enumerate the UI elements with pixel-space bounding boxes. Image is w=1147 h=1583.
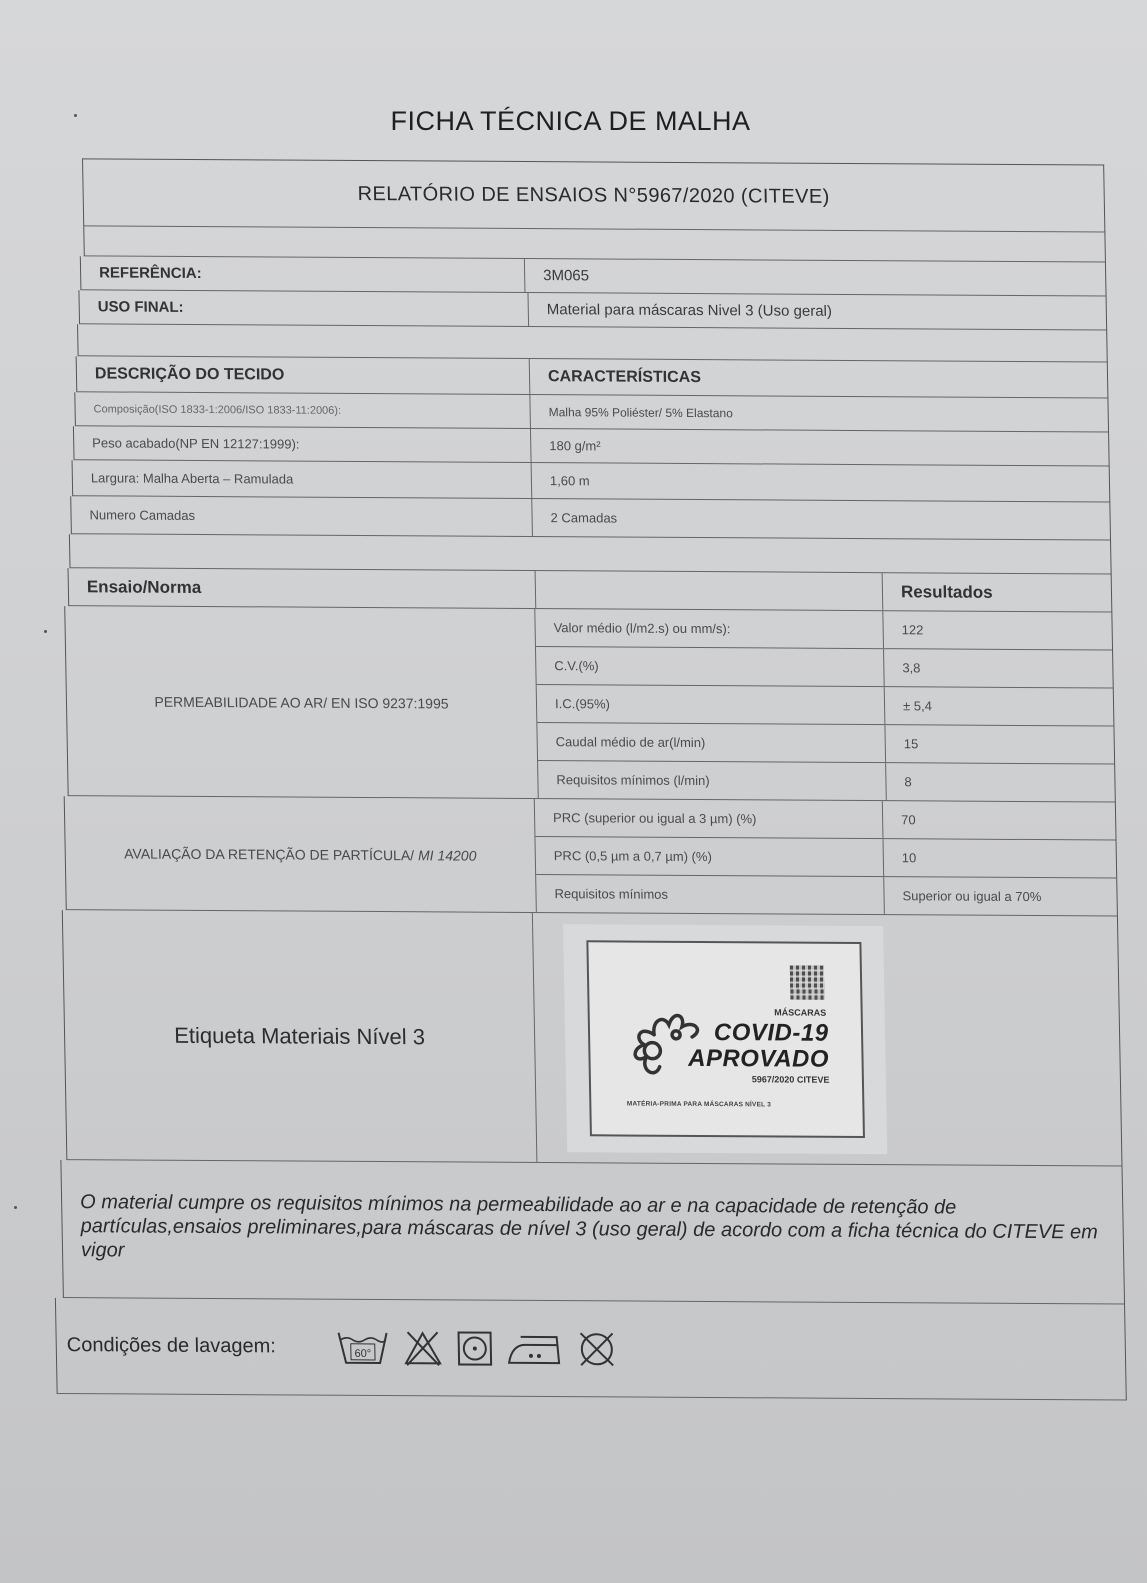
test-row: Requisitos mínimos Superior ou igual a 7…	[536, 875, 1117, 916]
tests-header-row: Ensaio/Norma Resultados	[68, 568, 1113, 612]
test-row: PRC (0,5 µm a 0,7 µm) (%) 10	[535, 837, 1116, 879]
test-parameter: Caudal médio de ar(l/min)	[537, 723, 885, 762]
washing-label: Condições de lavagem:	[67, 1334, 337, 1359]
conclusion-text: O material cumpre os requisitos mínimos …	[80, 1191, 1098, 1261]
particle-retention-name: AVALIAÇÃO DA RETENÇÃO DE PARTÍCULA/	[124, 845, 414, 863]
characteristics-header: CARACTERÍSTICAS	[529, 359, 1108, 398]
permeability-test-name: PERMEABILIDADE AO AR/ EN ISO 9237:1995	[65, 606, 539, 798]
spec-sheet: RELATÓRIO DE ENSAIOS N°5967/2020 (CITEVE…	[30, 158, 1127, 1401]
test-parameter: I.C.(95%)	[537, 685, 885, 724]
badge-report: 5967/2020 CITEVE	[752, 1074, 830, 1084]
test-parameter: Requisitos mínimos	[536, 875, 884, 914]
svg-text:60°: 60°	[354, 1347, 371, 1359]
weight-label: Peso acabado(NP EN 12127:1999):	[74, 426, 531, 462]
test-result: 70	[882, 801, 1116, 839]
test-result: 15	[884, 725, 1114, 763]
composition-value: Malha 95% Poliéster/ 5% Elastano	[529, 395, 1108, 432]
test-parameter: PRC (0,5 µm a 0,7 µm) (%)	[535, 837, 883, 876]
particle-retention-test-name: AVALIAÇÃO DA RETENÇÃO DE PARTÍCULA/ MI 1…	[65, 796, 537, 912]
test-parameter: Requisitos mínimos (l/min)	[538, 761, 886, 800]
test-result: 122	[882, 611, 1112, 649]
wash-60-icon: 60°	[336, 1329, 389, 1365]
particle-retention-group: AVALIAÇÃO DA RETENÇÃO DE PARTÍCULA/ MI 1…	[64, 796, 1118, 916]
permeability-group: PERMEABILIDADE AO AR/ EN ISO 9237:1995 V…	[64, 606, 1116, 802]
covid-approved-badge: MÁSCARAS COVID-19 APROVADO 5967/2020 CIT…	[586, 940, 865, 1138]
width-value: 1,60 m	[531, 463, 1110, 502]
test-parameter: PRC (superior ou igual a 3 µm) (%)	[535, 799, 883, 838]
test-parameter-header	[535, 571, 883, 610]
final-use-label: USO FINAL:	[79, 290, 528, 326]
report-header-row: RELATÓRIO DE ENSAIOS N°5967/2020 (CITEVE…	[82, 158, 1105, 232]
badge-footer: MATÉRIA-PRIMA PARA MÁSCARAS NÍVEL 3	[627, 1100, 771, 1108]
reference-label: REFERÊNCIA:	[81, 256, 525, 292]
test-row: PRC (superior ou igual a 3 µm) (%) 70	[535, 799, 1116, 841]
reference-value: 3M065	[524, 259, 1106, 296]
test-result: 8	[885, 763, 1115, 801]
washing-row: Condições de lavagem: 60°	[55, 1298, 1127, 1401]
test-result: 10	[883, 839, 1117, 877]
final-use-value: Material para máscaras Nivel 3 (Uso gera…	[527, 293, 1106, 330]
test-standard-header: Ensaio/Norma	[69, 568, 536, 608]
test-result: Superior ou igual a 70%	[883, 877, 1117, 915]
particle-retention-method: MI 14200	[418, 847, 477, 863]
results-header: Resultados	[882, 573, 1112, 611]
composition-label: Composição(ISO 1833-1:2006/ISO 1833-11:2…	[75, 392, 530, 428]
label-section-title: Etiqueta Materiais Nível 3	[63, 910, 538, 1162]
badge-line2: APROVADO	[688, 1044, 829, 1073]
layers-value: 2 Camadas	[531, 499, 1110, 540]
page-title: FICHA TÉCNICA DE MALHA	[0, 106, 1144, 137]
test-parameter: C.V.(%)	[536, 647, 884, 686]
conclusion-row: O material cumpre os requisitos mínimos …	[60, 1160, 1125, 1304]
report-header: RELATÓRIO DE ENSAIOS N°5967/2020 (CITEVE…	[83, 159, 1104, 231]
test-parameter: Valor médio (l/m2.s) ou mm/s):	[535, 609, 883, 648]
test-result: 3,8	[883, 649, 1113, 687]
badge-small-top: MÁSCARAS	[774, 1007, 826, 1017]
label-section: Etiqueta Materiais Nível 3 MÁSCARAS COVI	[62, 910, 1123, 1166]
iron-low-icon	[507, 1332, 564, 1364]
covid-badge-photo: MÁSCARAS COVID-19 APROVADO 5967/2020 CIT…	[563, 924, 887, 1154]
tumble-dry-icon	[456, 1330, 493, 1366]
badge-line1: COVID-19	[714, 1019, 829, 1048]
speck	[14, 1206, 17, 1209]
test-row: I.C.(95%) ± 5,4	[537, 685, 1114, 727]
width-label: Largura: Malha Aberta – Ramulada	[73, 460, 532, 498]
test-row: C.V.(%) 3,8	[536, 647, 1113, 689]
fabric-row: Numero Camadas 2 Camadas	[70, 496, 1111, 540]
layers-label: Numero Camadas	[71, 496, 532, 536]
test-result: ± 5,4	[884, 687, 1114, 725]
test-row: Requisitos mínimos (l/min) 8	[538, 761, 1115, 802]
no-dry-clean-icon	[576, 1329, 617, 1369]
test-row: Valor médio (l/m2.s) ou mm/s): 122	[535, 609, 1112, 651]
qr-code-icon	[789, 965, 824, 999]
weight-value: 180 g/m²	[530, 429, 1109, 466]
test-row: Caudal médio de ar(l/min) 15	[537, 723, 1114, 765]
fabric-description-header: DESCRIÇÃO DO TECIDO	[77, 356, 530, 394]
no-bleach-icon	[402, 1329, 443, 1367]
